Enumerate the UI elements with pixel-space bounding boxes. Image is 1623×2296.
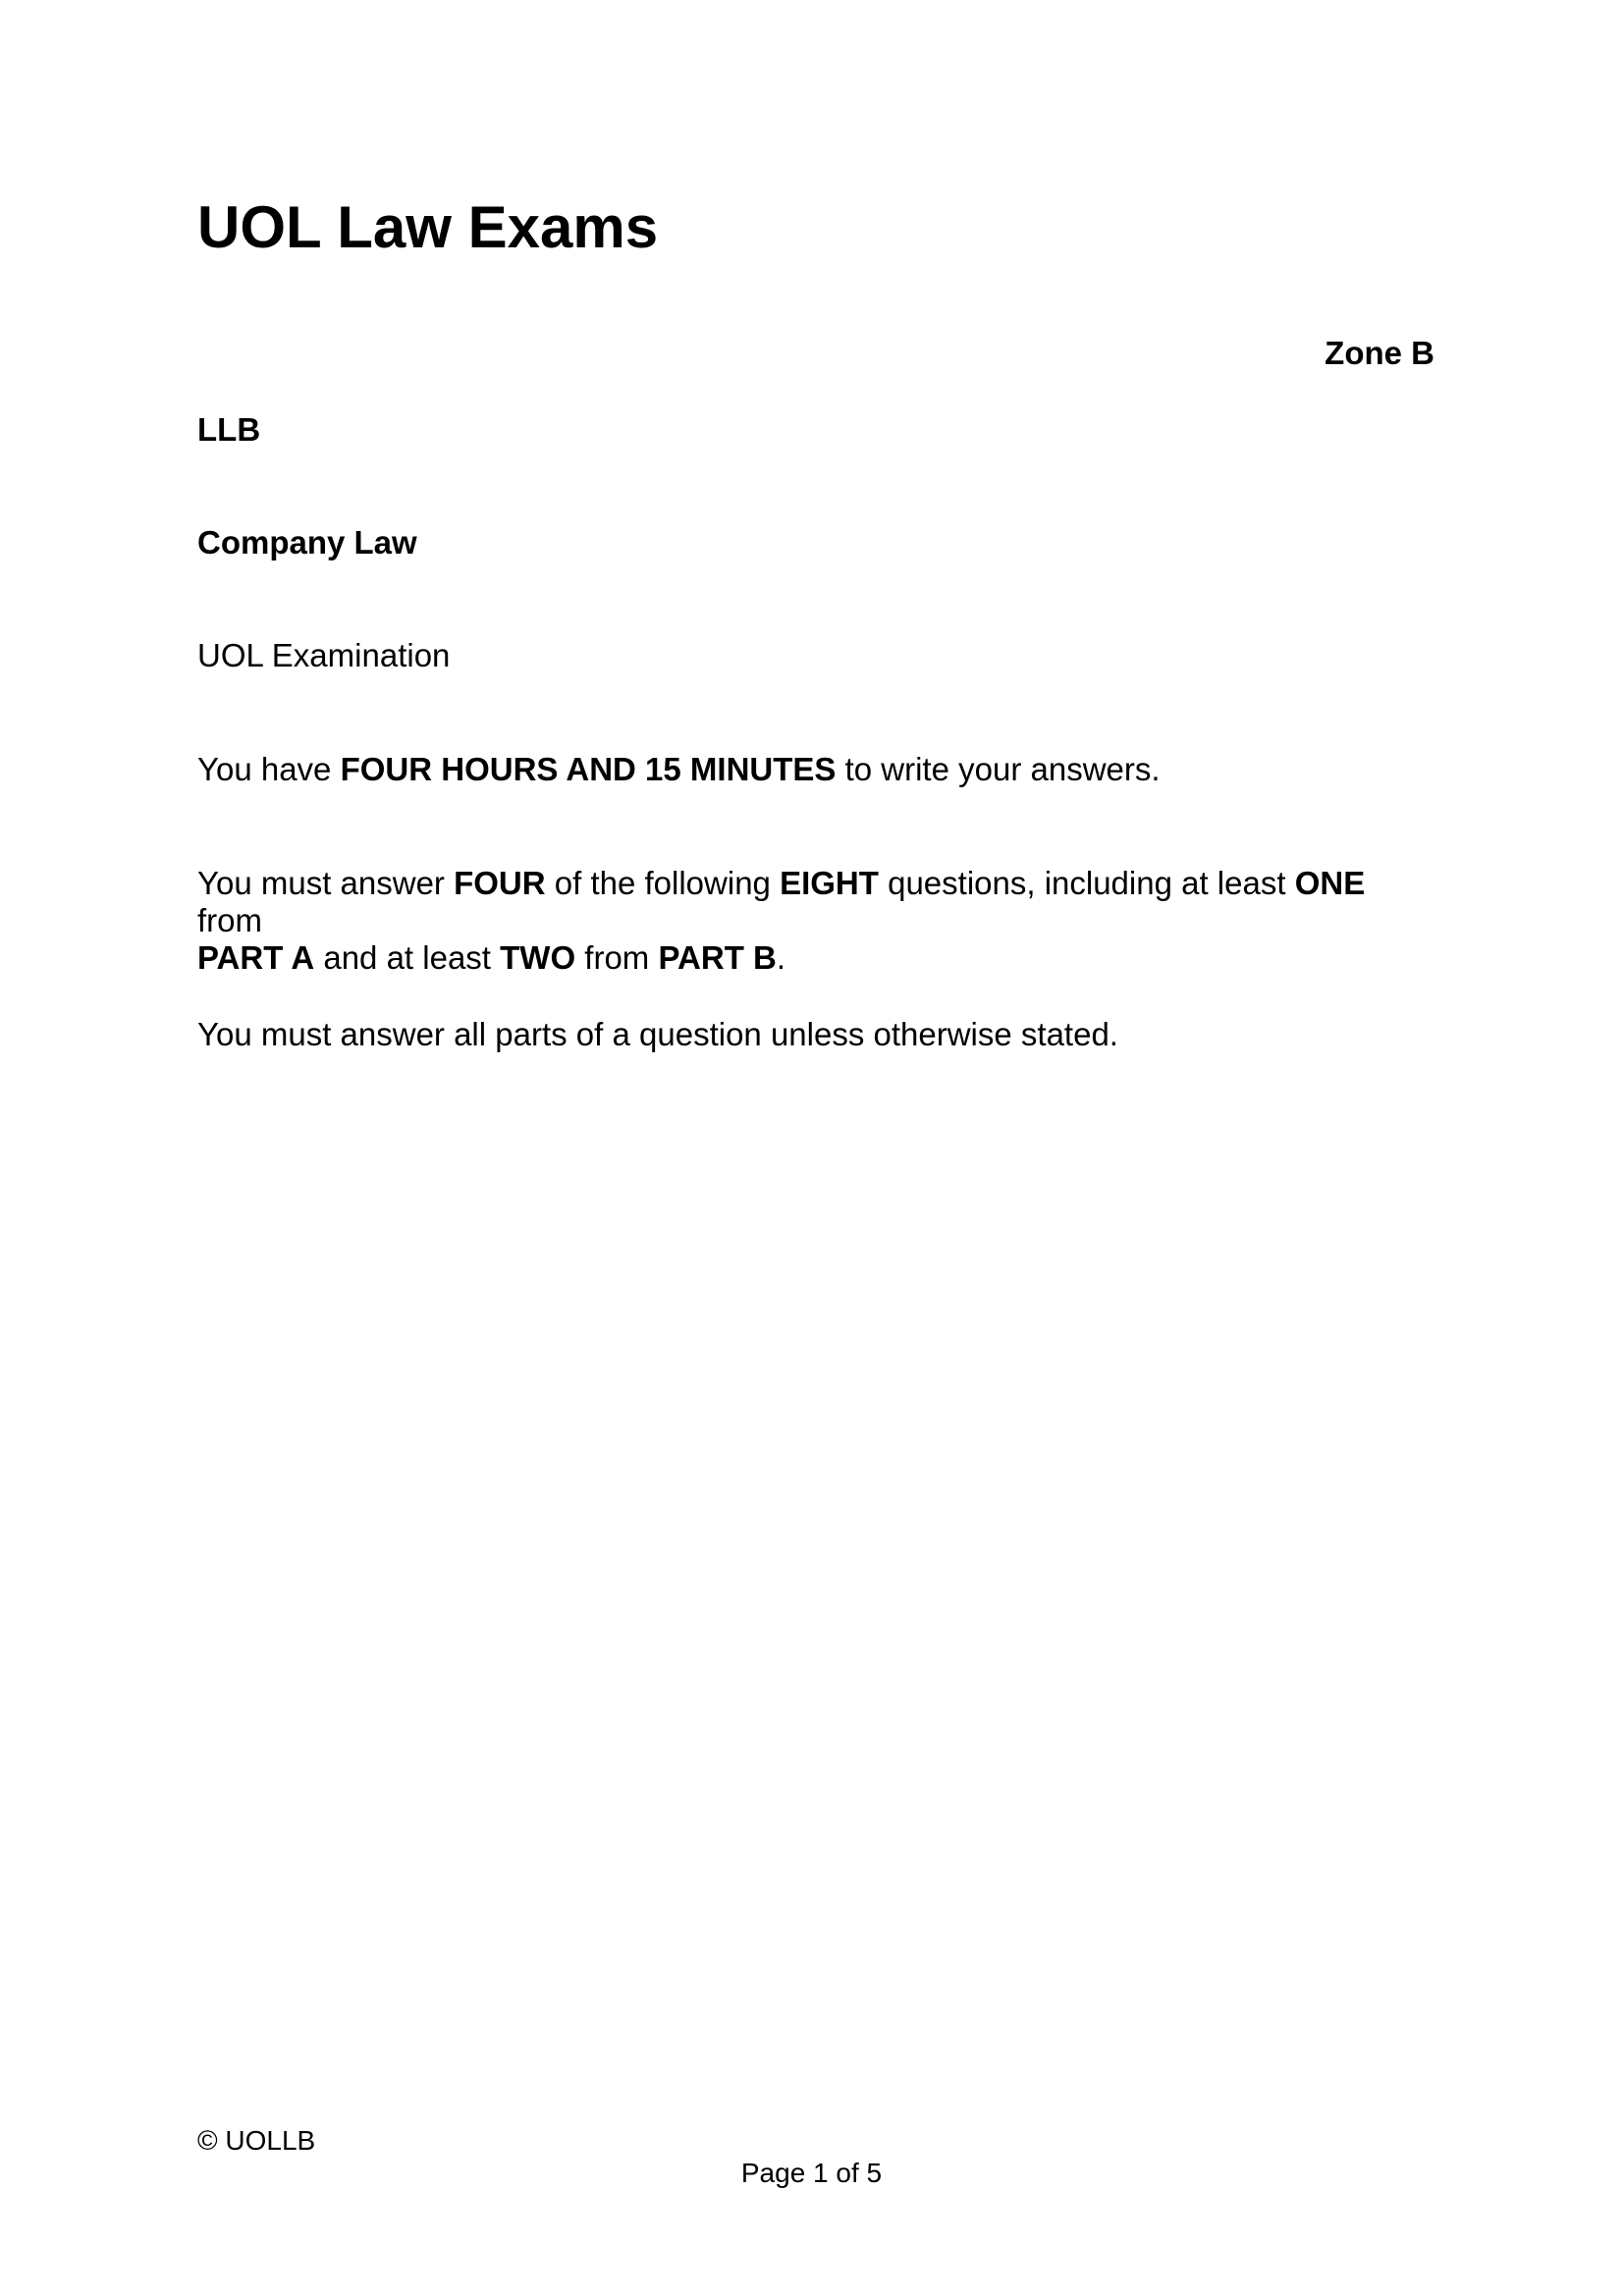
answer-text: and at least — [314, 939, 500, 976]
answer-text: of the following — [546, 865, 780, 901]
page-number: Page 1 of 5 — [0, 2157, 1623, 2190]
degree-label: LLB — [197, 410, 260, 450]
answer-min-a: ONE — [1295, 865, 1366, 901]
time-instruction-suffix: to write your answers. — [836, 751, 1160, 787]
answer-text: You must answer — [197, 865, 454, 901]
answer-text: from — [575, 939, 658, 976]
document-title: UOL Law Exams — [197, 192, 658, 263]
parts-instruction: You must answer all parts of a question … — [197, 1016, 1434, 1053]
time-instruction: You have FOUR HOURS AND 15 MINUTES to wr… — [197, 751, 1434, 788]
answer-total: EIGHT — [780, 865, 879, 901]
answer-text: questions, including at least — [879, 865, 1295, 901]
copyright-notice: © UOLLB — [197, 2124, 315, 2158]
answer-text: from — [197, 902, 262, 938]
zone-label: Zone B — [1325, 334, 1434, 373]
answer-part-b: PART B — [658, 939, 776, 976]
answer-min-b: TWO — [500, 939, 575, 976]
time-instruction-prefix: You have — [197, 751, 341, 787]
answer-part-a: PART A — [197, 939, 314, 976]
exam-type-label: UOL Examination — [197, 637, 1434, 674]
answer-instruction: You must answer FOUR of the following EI… — [197, 865, 1434, 977]
time-instruction-duration: FOUR HOURS AND 15 MINUTES — [341, 751, 837, 787]
answer-count: FOUR — [454, 865, 546, 901]
answer-text: . — [777, 939, 785, 976]
subject-label: Company Law — [197, 523, 417, 562]
